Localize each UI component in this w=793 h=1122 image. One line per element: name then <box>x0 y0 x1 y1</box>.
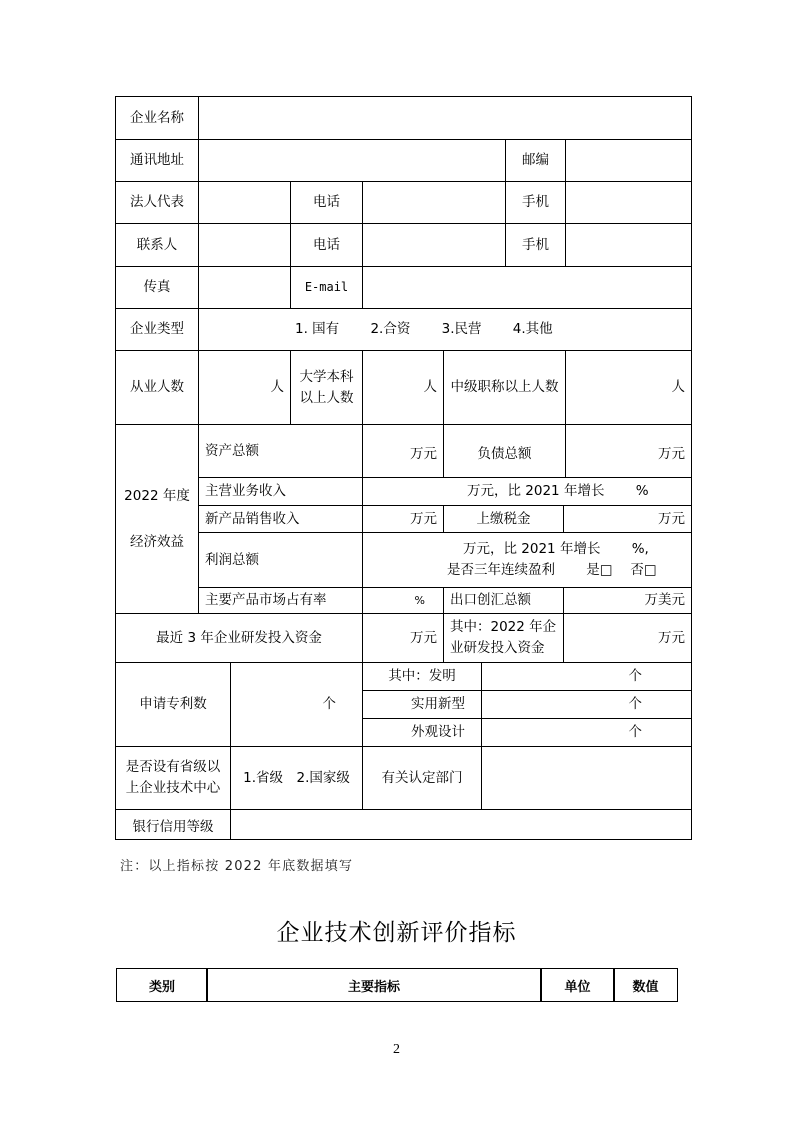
market-share-label: 主要产品市场占有率 <box>198 587 363 614</box>
company-name-label: 企业名称 <box>115 96 199 140</box>
legal-rep-phone-label: 电话 <box>290 181 363 224</box>
address-field[interactable] <box>198 139 506 182</box>
header-value: 数值 <box>613 968 678 1002</box>
label-line: 经济效益 <box>130 519 184 565</box>
header-category: 类别 <box>116 968 208 1002</box>
unit-wan-yuan: 万元 <box>410 509 437 530</box>
cert-dept-field[interactable] <box>481 746 692 810</box>
legal-rep-mobile-field[interactable] <box>565 181 692 224</box>
company-name-field[interactable] <box>198 96 692 140</box>
unit-wan-yuan: 万元 <box>410 628 437 649</box>
contact-mobile-field[interactable] <box>565 223 692 267</box>
unit-wan-yuan: 万元 <box>658 628 685 649</box>
footnote: 注：以上指标按 2022 年底数据填写 <box>120 855 353 874</box>
legal-rep-label: 法人代表 <box>115 181 199 224</box>
postcode-label: 邮编 <box>505 139 566 182</box>
section-title: 企业技术创新评价指标 <box>0 914 793 947</box>
page-number: 2 <box>0 1042 793 1058</box>
label-line: 以上人数 <box>300 388 354 409</box>
unit-person: 人 <box>672 377 686 398</box>
main-revenue-field[interactable]: 万元，比 2021 年增长 % <box>362 477 692 506</box>
bachelor-label: 大学本科 以上人数 <box>290 350 363 425</box>
employees-field[interactable]: 人 <box>198 350 291 425</box>
total-assets-field[interactable]: 万元 <box>362 424 444 478</box>
email-field[interactable] <box>362 266 692 309</box>
mid-title-label: 中级职称以上人数 <box>443 350 566 425</box>
tax-field[interactable]: 万元 <box>563 505 692 533</box>
market-share-field[interactable]: % <box>362 587 444 614</box>
header-main-indicator: 主要指标 <box>206 968 542 1002</box>
label-line: 大学本科 <box>300 367 354 388</box>
unit-count: 个 <box>323 694 337 715</box>
unit-wan-yuan: 万元 <box>410 444 437 465</box>
contact-phone-field[interactable] <box>362 223 506 267</box>
contact-field[interactable] <box>198 223 291 267</box>
new-product-label: 新产品销售收入 <box>198 505 363 533</box>
unit-wan-usd: 万美元 <box>645 590 686 611</box>
employees-label: 从业人数 <box>115 350 199 425</box>
rd-2022-field[interactable]: 万元 <box>563 613 692 663</box>
total-liabilities-label: 负债总额 <box>443 424 566 478</box>
profit-label: 利润总额 <box>198 532 363 588</box>
unit-person: 人 <box>424 377 438 398</box>
unit-person: 人 <box>271 377 285 398</box>
tax-label: 上缴税金 <box>443 505 564 533</box>
consecutive-profit-checkboxes[interactable]: 是否三年连续盈利 是□ 否□ <box>447 560 657 581</box>
address-label: 通讯地址 <box>115 139 199 182</box>
tech-center-options[interactable]: 1.省级 2.国家级 <box>230 746 363 810</box>
invention-label: 其中：发明 <box>362 662 482 691</box>
patent-total-field[interactable]: 个 <box>230 662 363 747</box>
profit-growth-text: 万元，比 2021 年增长 %, <box>447 539 649 560</box>
unit-percent: % <box>415 590 425 611</box>
header-unit: 单位 <box>540 968 615 1002</box>
rd-3yr-label: 最近 3 年企业研发投入资金 <box>115 613 363 663</box>
label-line: 是否设有省级以 <box>126 757 221 778</box>
unit-wan-yuan: 万元 <box>658 509 685 530</box>
company-type-options[interactable]: 1. 国有 2.合资 3.民营 4.其他 <box>198 308 692 351</box>
utility-label: 实用新型 <box>362 690 482 719</box>
unit-count: 个 <box>629 694 643 715</box>
design-field[interactable]: 个 <box>481 718 692 747</box>
unit-wan-yuan: 万元 <box>658 444 685 465</box>
export-field[interactable]: 万美元 <box>563 587 692 614</box>
invention-field[interactable]: 个 <box>481 662 692 691</box>
bank-credit-label: 银行信用等级 <box>115 809 231 840</box>
label-line: 2022 年度 <box>124 473 190 519</box>
label-line: 业研发投入资金 <box>450 638 545 659</box>
postcode-field[interactable] <box>565 139 692 182</box>
economic-benefit-label: 2022 年度 经济效益 <box>115 424 199 614</box>
company-type-label: 企业类型 <box>115 308 199 351</box>
main-revenue-label: 主营业务收入 <box>198 477 363 506</box>
contact-mobile-label: 手机 <box>505 223 566 267</box>
export-label: 出口创汇总额 <box>443 587 564 614</box>
profit-field[interactable]: 万元，比 2021 年增长 %, 是否三年连续盈利 是□ 否□ <box>362 532 692 588</box>
cert-dept-label: 有关认定部门 <box>362 746 482 810</box>
rd-2022-label: 其中：2022 年企 业研发投入资金 <box>443 613 564 663</box>
label-text: 企业名称 <box>130 108 184 129</box>
legal-rep-mobile-label: 手机 <box>505 181 566 224</box>
unit-count: 个 <box>629 722 643 743</box>
bachelor-field[interactable]: 人 <box>362 350 444 425</box>
new-product-field[interactable]: 万元 <box>362 505 444 533</box>
utility-field[interactable]: 个 <box>481 690 692 719</box>
design-label: 外观设计 <box>362 718 482 747</box>
unit-count: 个 <box>629 666 643 687</box>
contact-label: 联系人 <box>115 223 199 267</box>
fax-field[interactable] <box>198 266 291 309</box>
contact-phone-label: 电话 <box>290 223 363 267</box>
legal-rep-field[interactable] <box>198 181 291 224</box>
email-label: E-mail <box>290 266 363 309</box>
rd-3yr-field[interactable]: 万元 <box>362 613 444 663</box>
tech-center-label: 是否设有省级以 上企业技术中心 <box>115 746 231 810</box>
total-assets-label: 资产总额 <box>198 424 363 478</box>
label-line: 上企业技术中心 <box>126 778 221 799</box>
legal-rep-phone-field[interactable] <box>362 181 506 224</box>
total-liabilities-field[interactable]: 万元 <box>565 424 692 478</box>
label-line: 其中：2022 年企 <box>450 617 556 638</box>
patent-label: 申请专利数 <box>115 662 231 747</box>
mid-title-field[interactable]: 人 <box>565 350 692 425</box>
bank-credit-field[interactable] <box>230 809 692 840</box>
fax-label: 传真 <box>115 266 199 309</box>
